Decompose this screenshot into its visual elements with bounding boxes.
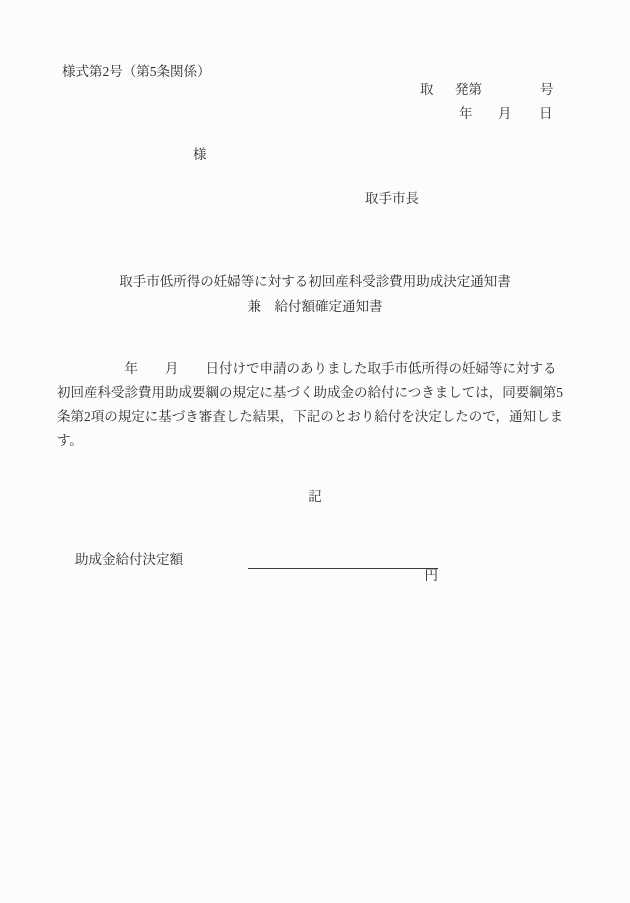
addressee-honorific: 様 (193, 147, 207, 163)
reference-prefix: 取 (420, 82, 434, 98)
grant-amount-blank-field: 円 (248, 552, 438, 569)
date-month-label: 月 (498, 106, 512, 122)
reference-label: 発第 (455, 82, 482, 98)
form-number: 様式第2号（第5条関係） (62, 64, 211, 80)
sender-name: 取手市長 (365, 191, 419, 207)
notification-document-page: 様式第2号（第5条関係） 取 発第 号 年 月 日 様 取手市長 取手市低所得の… (0, 0, 630, 903)
record-marker: 記 (0, 489, 630, 505)
body-paragraph-line: 年 月 日付けで申請のありました取手市低所得の妊婦等に対する (57, 361, 557, 377)
date-day-label: 日 (539, 106, 553, 122)
grant-amount-unit: 円 (425, 568, 439, 583)
date-year-label: 年 (459, 106, 473, 122)
body-paragraph-line: 初回産科受診費用助成要綱の規定に基づく助成金の給付につきましては，同要綱第5 (57, 385, 563, 401)
body-paragraph-line: す。 (57, 433, 83, 449)
document-title-line2: 兼 給付額確定通知書 (0, 299, 630, 315)
document-title-line1: 取手市低所得の妊婦等に対する初回産科受診費用助成決定通知書 (0, 274, 630, 290)
body-paragraph-line: 条第2項の規定に基づき審査した結果，下記のとおり給付を決定したので，通知しま (57, 409, 563, 425)
reference-suffix: 号 (540, 82, 554, 98)
grant-amount-label: 助成金給付決定額 (75, 552, 183, 568)
